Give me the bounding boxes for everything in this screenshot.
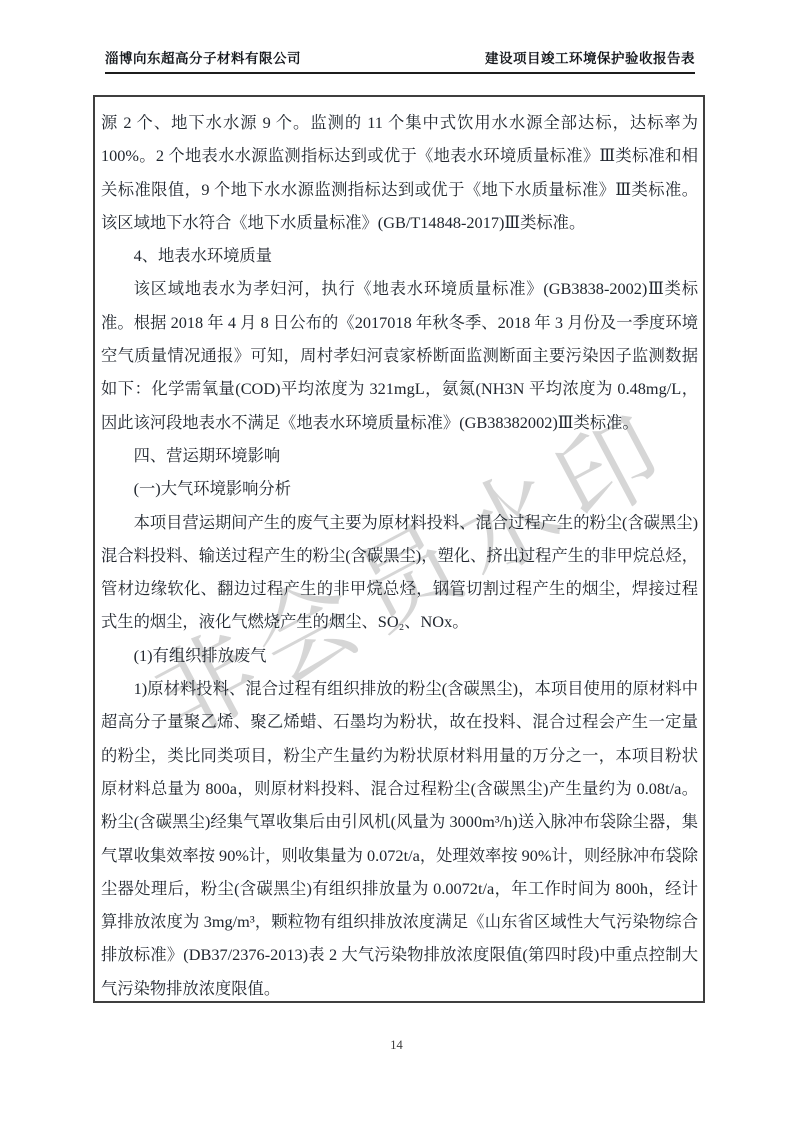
- paragraph-waste-gas-sources: 本项目营运期间产生的废气主要为原材料投料、混合过程产生的粉尘(含碳黑尘)混合料投…: [101, 506, 698, 639]
- page-number: 14: [0, 1038, 793, 1053]
- paragraph-dust-emission-calculation: 1)原材料投料、混合过程有组织排放的粉尘(含碳黑尘)，本项目使用的原材料中超高分…: [101, 672, 698, 1005]
- section-heading-air-impact-analysis: (一)大气环境影响分析: [101, 472, 698, 505]
- paragraph-water-source-monitoring: 源 2 个、地下水水源 9 个。监测的 11 个集中式饮用水水源全部达标，达标率…: [101, 106, 698, 239]
- document-page: 非会员水印 淄博向东超高分子材料有限公司 建设项目竣工环境保护验收报告表 源 2…: [0, 0, 793, 1122]
- header-report-title: 建设项目竣工环境保护验收报告表: [485, 47, 695, 67]
- page-header: 淄博向东超高分子材料有限公司 建设项目竣工环境保护验收报告表: [105, 47, 695, 67]
- header-company-name: 淄博向东超高分子材料有限公司: [105, 47, 301, 67]
- section-heading-surface-water-quality: 4、地表水环境质量: [101, 239, 698, 272]
- paragraph-surface-water-analysis: 该区域地表水为孝妇河，执行《地表水环境质量标准》(GB3838-2002)Ⅲ类标…: [101, 272, 698, 438]
- report-content-box: 源 2 个、地下水水源 9 个。监测的 11 个集中式饮用水水源全部达标，达标率…: [93, 95, 705, 1003]
- header-rule: [105, 72, 695, 74]
- section-heading-operation-period-impact: 四、营运期环境影响: [101, 439, 698, 472]
- section-heading-organized-emission: (1)有组织排放废气: [101, 639, 698, 672]
